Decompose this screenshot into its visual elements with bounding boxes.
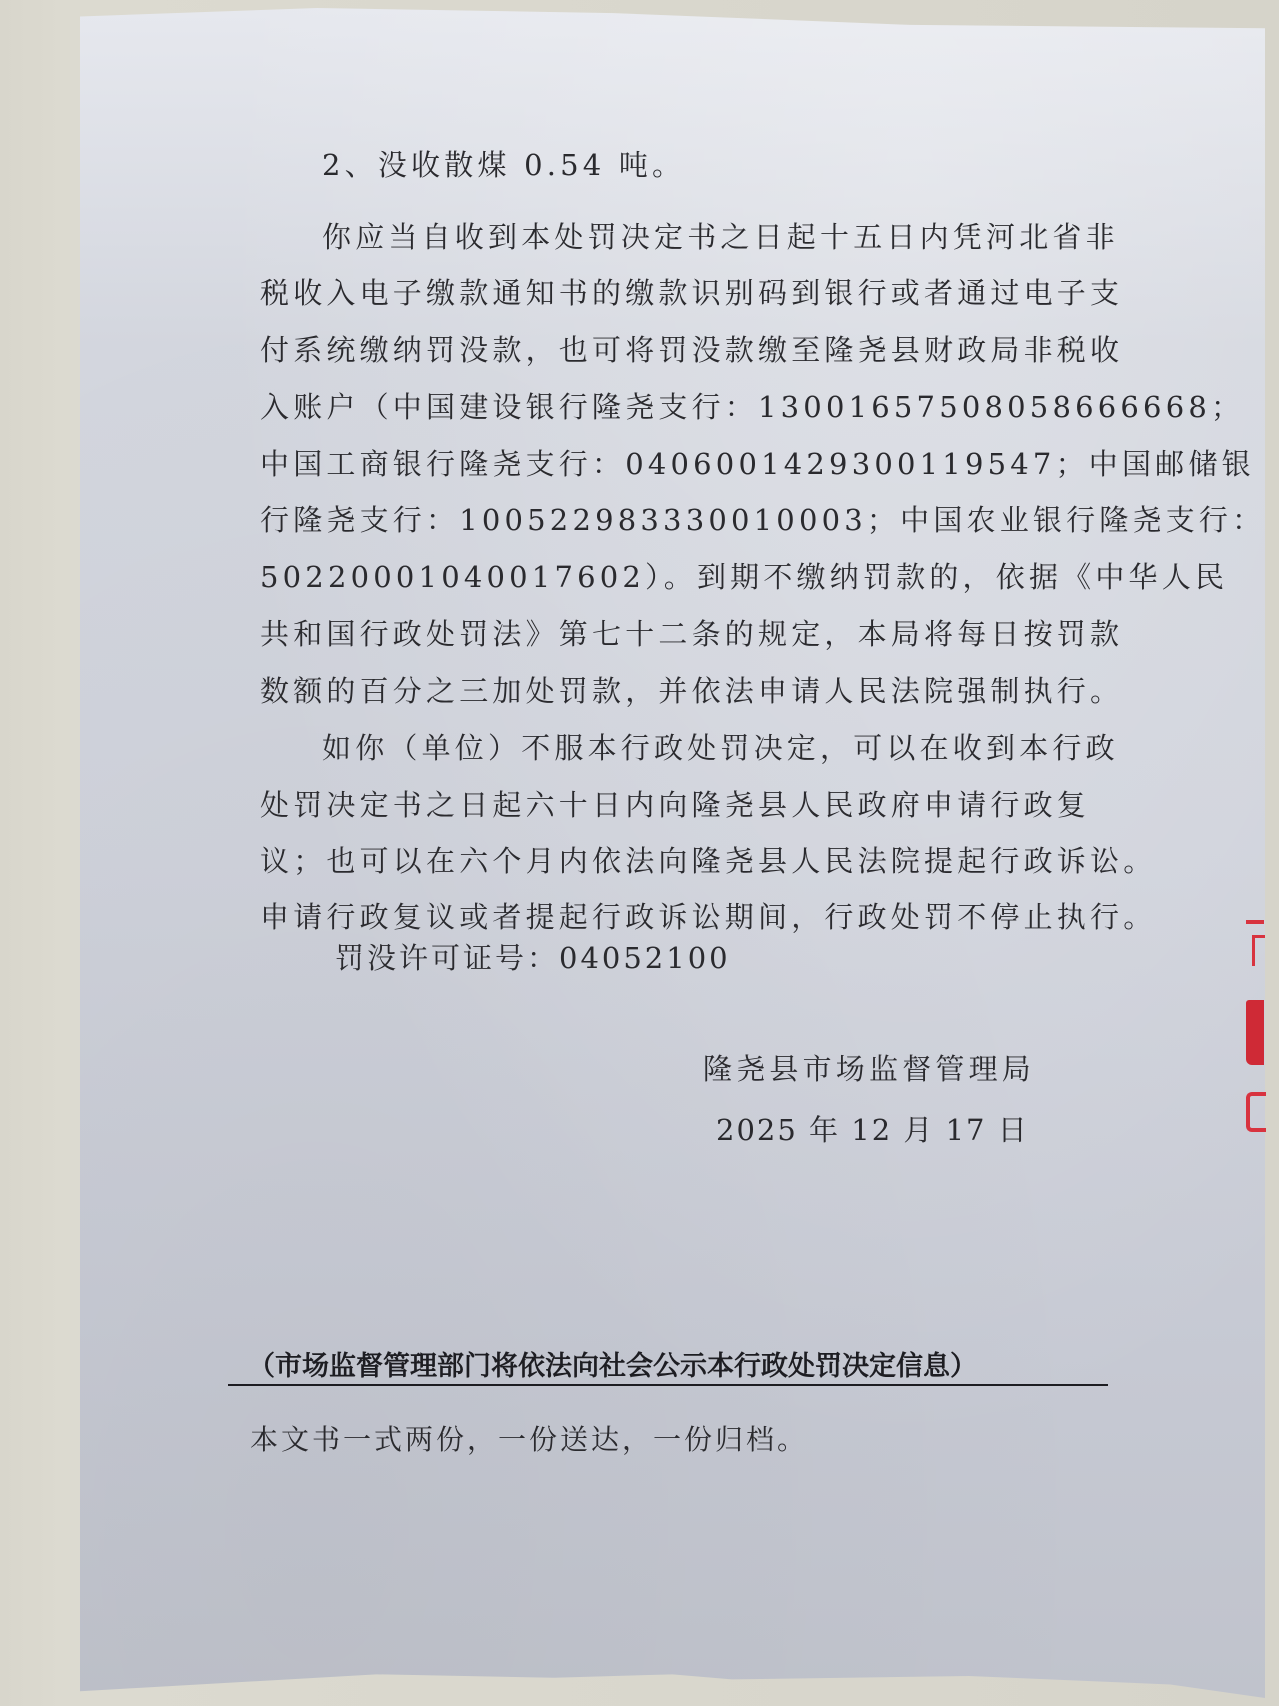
appeal-paragraph-line: 议；也可以在六个月内依法向隆尧县人民法院提起行政诉讼。 (260, 847, 1156, 876)
confiscation-item: 2、没收散煤 0.54 吨。 (322, 151, 685, 180)
appeal-paragraph-line: 申请行政复议或者提起行政诉讼期间，行政处罚不停止执行。 (260, 903, 1156, 932)
payment-paragraph-line: 付系统缴纳罚没款，也可将罚没款缴至隆尧县财政局非税收 (260, 336, 1123, 365)
payment-paragraph-line: 数额的百分之三加处罚款，并依法申请人民法院强制执行。 (260, 677, 1123, 706)
payment-paragraph-line: 共和国行政处罚法》第七十二条的规定，本局将每日按罚款 (260, 620, 1123, 649)
bank-account-line: 行隆尧支行：100522983330010003；中国农业银行隆尧支行： (260, 506, 1265, 535)
issue-date: 2025 年 12 月 17 日 (716, 1116, 1029, 1145)
bank-account-line: 入账户（中国建设银行隆尧支行：13001657508058666668； (260, 393, 1244, 422)
payment-paragraph-line: 你应当自收到本处罚决定书之日起十五日内凭河北省非 (322, 223, 1119, 252)
appeal-paragraph-line: 处罚决定书之日起六十日内向隆尧县人民政府申请行政复 (260, 791, 1090, 820)
appeal-paragraph-line: 如你（单位）不服本行政处罚决定，可以在收到本行政 (322, 734, 1119, 763)
divider (228, 1384, 1108, 1386)
bank-account-line: 50220001040017602）。到期不缴纳罚款的，依据《中华人民 (260, 563, 1228, 592)
payment-paragraph-line: 税收入电子缴款通知书的缴款识别码到银行或者通过电子支 (260, 279, 1123, 308)
red-seal-stamp (1244, 920, 1268, 1130)
issuer-name: 隆尧县市场监督管理局 (703, 1055, 1035, 1084)
public-notice: （市场监督管理部门将依法向社会公示本行政处罚决定信息） (248, 1344, 977, 1383)
bank-account-line: 中国工商银行隆尧支行：0406001429300119547；中国邮储银 (260, 450, 1255, 479)
license-number: 罚没许可证号：04052100 (335, 944, 731, 973)
copies-note: 本文书一式两份，一份送达，一份归档。 (250, 1418, 808, 1458)
